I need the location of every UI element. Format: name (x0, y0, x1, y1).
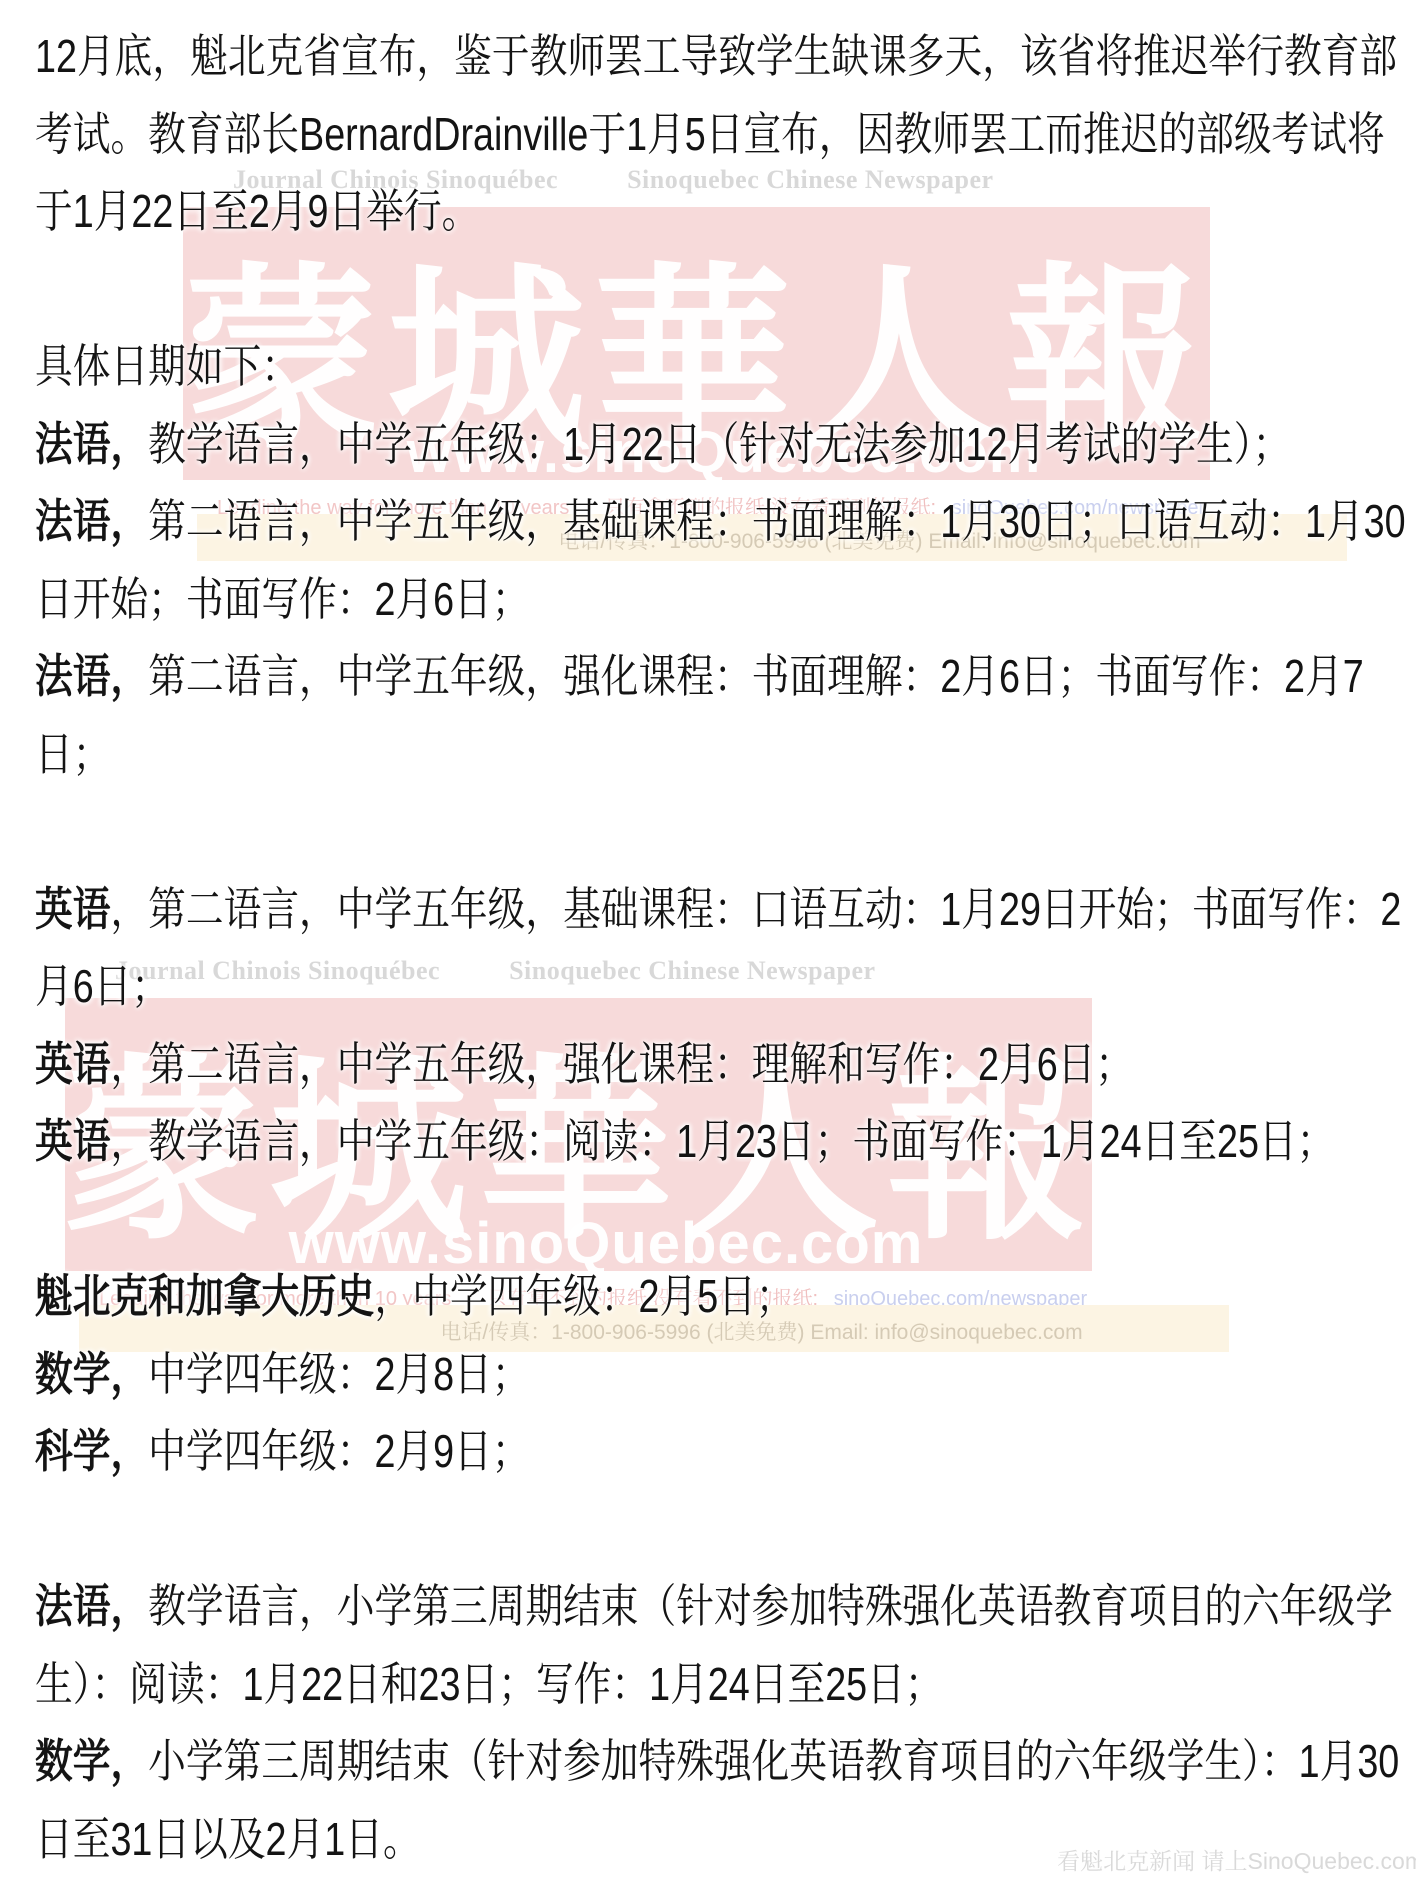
paragraph: 数学，中学四年级：2月8日； (35, 1336, 1405, 1414)
text-line: 生）：阅读：1月22日和23日；写作：1月24日至25日； (35, 1646, 1158, 1724)
text-line: 法语，教学语言，中学五年级：1月22日（针对无法参加12月考试的学生）； (35, 406, 1158, 484)
term-bold: 法语， (35, 1580, 148, 1632)
text-line: 具体日期如下： (35, 328, 1158, 406)
paragraph: 英语，第二语言，中学五年级，基础课程：口语互动：1月29日开始；书面写作：2月6… (35, 871, 1405, 1026)
term-bold: 科学， (35, 1425, 148, 1477)
paragraph: 法语，教学语言，小学第三周期结束（针对参加特殊强化英语教育项目的六年级学生）：阅… (35, 1568, 1405, 1723)
text-line: 月6日； (35, 948, 1158, 1026)
term-bold: 数学， (35, 1348, 148, 1400)
text-line: 法语，第二语言，中学五年级，强化课程：书面理解：2月6日；书面写作：2月7 (35, 638, 1158, 716)
text-line: 数学，中学四年级：2月8日； (35, 1336, 1158, 1414)
text-line: 日至31日以及2月1日。 (35, 1801, 1158, 1879)
article-body: 12月底，魁北克省宣布，鉴于教师罢工导致学生缺课多天，该省将推迟举行教育部考试。… (35, 18, 1405, 1878)
text-line: 日； (35, 716, 1158, 794)
paragraph: 英语，教学语言，中学五年级：阅读：1月23日；书面写作：1月24日至25日； (35, 1103, 1405, 1181)
term-bold: 法语， (35, 418, 148, 470)
text-line: 12月底，魁北克省宣布，鉴于教师罢工导致学生缺课多天，该省将推迟举行教育部 (35, 18, 1158, 96)
term-bold: 英语 (35, 1038, 110, 1090)
paragraph: 法语，教学语言，中学五年级：1月22日（针对无法参加12月考试的学生）； (35, 406, 1405, 484)
text-line: 英语，第二语言，中学五年级，强化课程：理解和写作：2月6日； (35, 1026, 1158, 1104)
text-line: 法语，第二语言，中学五年级，基础课程：书面理解：1月30日；口语互动：1月30 (35, 483, 1158, 561)
paragraph: 法语，第二语言，中学五年级，基础课程：书面理解：1月30日；口语互动：1月30日… (35, 483, 1405, 638)
paragraph: 英语，第二语言，中学五年级，强化课程：理解和写作：2月6日； (35, 1026, 1405, 1104)
paragraph: 法语，第二语言，中学五年级，强化课程：书面理解：2月6日；书面写作：2月7日； (35, 638, 1405, 793)
term-bold: 法语， (35, 650, 148, 702)
term-bold: 数学， (35, 1735, 148, 1787)
text-line: 日开始；书面写作：2月6日； (35, 561, 1158, 639)
term-bold: 英语 (35, 1115, 110, 1167)
text-line: 英语，教学语言，中学五年级：阅读：1月23日；书面写作：1月24日至25日； (35, 1103, 1158, 1181)
term-bold: 英语 (35, 883, 110, 935)
text-line: 英语，第二语言，中学五年级，基础课程：口语互动：1月29日开始；书面写作：2 (35, 871, 1158, 949)
paragraph: 12月底，魁北克省宣布，鉴于教师罢工导致学生缺课多天，该省将推迟举行教育部考试。… (35, 18, 1405, 251)
term-bold: 魁北克和加拿大历史 (35, 1270, 374, 1322)
paragraph: 魁北克和加拿大历史，中学四年级：2月5日； (35, 1258, 1405, 1336)
article-page: { "watermark": { "journal_fr": "Journal … (0, 0, 1416, 1880)
paragraph: 具体日期如下： (35, 328, 1405, 406)
text-line: 考试。教育部长BernardDrainville于1月5日宣布，因教师罢工而推迟… (35, 96, 1158, 174)
term-bold: 法语， (35, 495, 148, 547)
text-line: 于1月22日至2月9日举行。 (35, 173, 1158, 251)
paragraph: 科学，中学四年级：2月9日； (35, 1413, 1405, 1491)
text-line: 数学，小学第三周期结束（针对参加特殊强化英语教育项目的六年级学生）：1月30 (35, 1723, 1158, 1801)
text-line: 科学，中学四年级：2月9日； (35, 1413, 1158, 1491)
text-line: 法语，教学语言，小学第三周期结束（针对参加特殊强化英语教育项目的六年级学 (35, 1568, 1158, 1646)
text-line: 魁北克和加拿大历史，中学四年级：2月5日； (35, 1258, 1158, 1336)
footer-site-note: 看魁北克新闻 请上SinoQuebec.com (1057, 1843, 1416, 1876)
